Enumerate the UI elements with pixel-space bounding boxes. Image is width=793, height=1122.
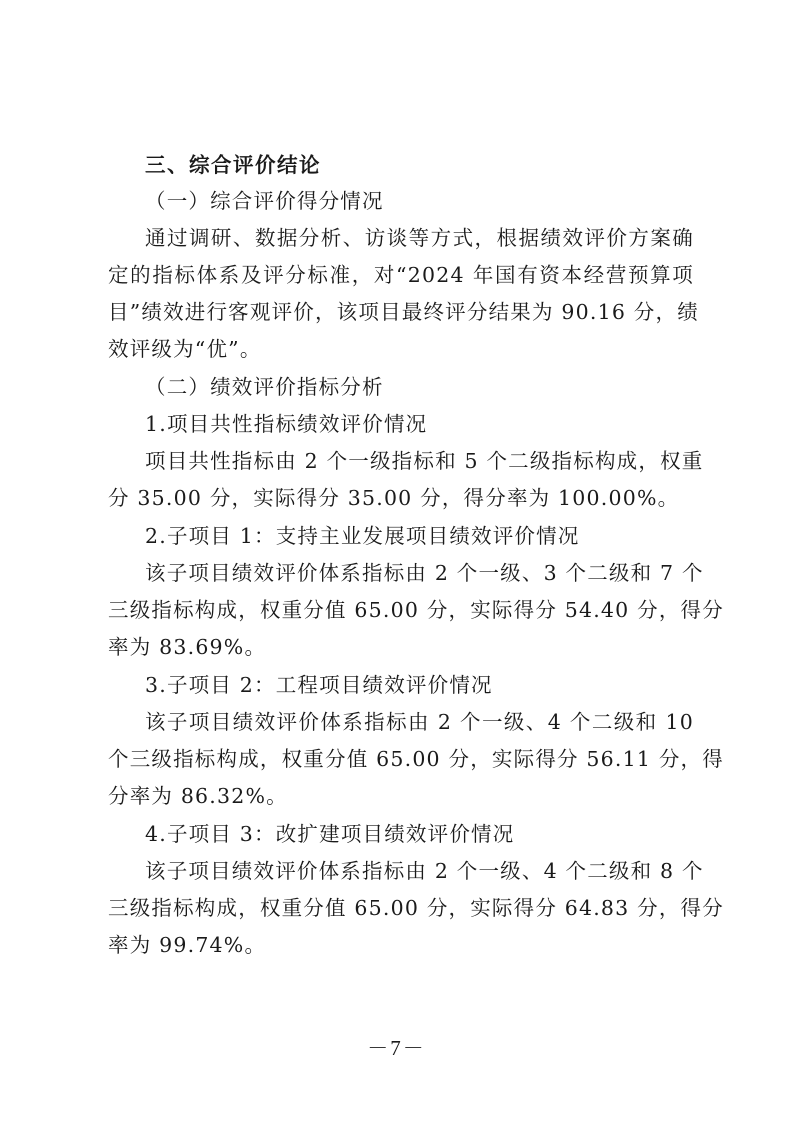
item-title-subproject-1: 2.子项目 1：支持主业发展项目绩效评价情况 [145,521,694,551]
paragraph-line: 率为 99.74%。 [108,930,694,960]
paragraph-line: 效评级为“优”。 [108,334,694,364]
paragraph-line: 该子项目绩效评价体系指标由 2 个一级、4 个二级和 10 [145,707,694,737]
paragraph-line: 率为 83.69%。 [108,632,694,662]
item-title-common-indicators: 1.项目共性指标绩效评价情况 [145,409,694,439]
paragraph-line: 该子项目绩效评价体系指标由 2 个一级、4 个二级和 8 个 [145,856,694,886]
paragraph-line: 分率为 86.32%。 [108,781,694,811]
paragraph-line: 三级指标构成，权重分值 65.00 分，实际得分 54.40 分，得分 [108,595,694,625]
paragraph-line: 个三级指标构成，权重分值 65.00 分，实际得分 56.11 分，得 [108,744,694,774]
paragraph-line: 该子项目绩效评价体系指标由 2 个一级、3 个二级和 7 个 [145,558,694,588]
section-heading: 三、综合评价结论 [145,150,694,180]
paragraph-line: 目”绩效进行客观评价，该项目最终评分结果为 90.16 分，绩 [108,297,694,327]
paragraph-line: 分 35.00 分，实际得分 35.00 分，得分率为 100.00%。 [108,483,694,513]
paragraph-line: 定的指标体系及评分标准，对“2024 年国有资本经营预算项 [108,260,694,290]
paragraph-line: 三级指标构成，权重分值 65.00 分，实际得分 64.83 分，得分 [108,893,694,923]
subsection-title-indicator-analysis: （二）绩效评价指标分析 [145,372,694,402]
page-number: －7－ [0,1034,793,1062]
subsection-title-overall-score: （一）综合评价得分情况 [145,186,694,216]
paragraph-line: 通过调研、数据分析、访谈等方式，根据绩效评价方案确 [145,223,694,253]
document-page: 三、综合评价结论 （一）综合评价得分情况 通过调研、数据分析、访谈等方式，根据绩… [0,0,793,1122]
paragraph-line: 项目共性指标由 2 个一级指标和 5 个二级指标构成，权重 [145,446,694,476]
item-title-subproject-3: 4.子项目 3：改扩建项目绩效评价情况 [145,819,694,849]
item-title-subproject-2: 3.子项目 2：工程项目绩效评价情况 [145,670,694,700]
